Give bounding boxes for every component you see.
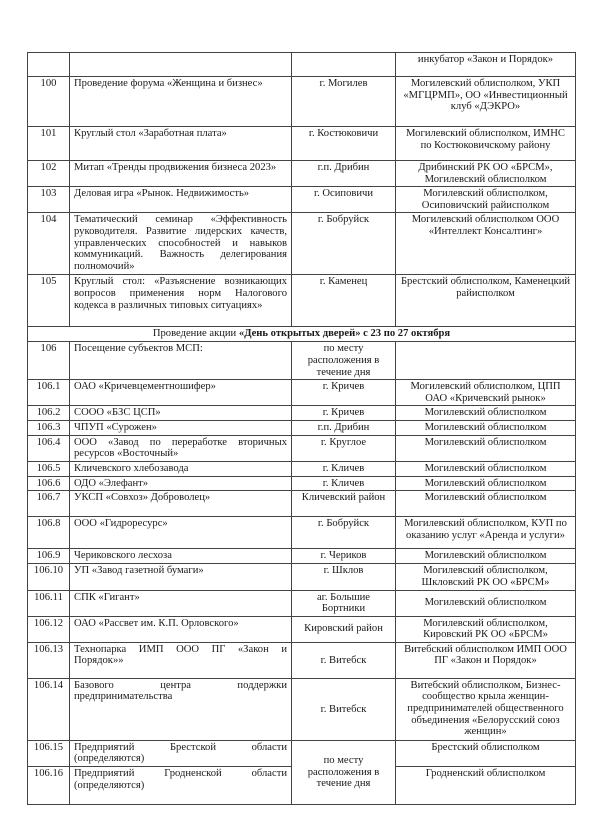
row-location: г. Витебск [292,678,396,740]
row-number: 103 [28,187,70,213]
row-location: г. Бобруйск [292,517,396,549]
row-location: г.п. Дрибин [292,420,396,435]
group-header-row: Проведение акции «День открытых дверей» … [28,327,576,342]
row-organizers: Могилевский облисполком ООО «Интеллект К… [396,213,576,275]
row-activity: УП «Завод газетной бумаги» [70,564,292,590]
document-page: инкубатор «Закон и Порядок» 100Проведени… [27,52,575,805]
table-row: 103Деловая игра «Рынок. Недвижимость»г. … [28,187,576,213]
table-row: 106.11СПК «Гигант»аг. Большие БортникиМо… [28,590,576,616]
table-row: 100Проведение форума «Женщина и бизнес»г… [28,77,576,127]
row-activity [70,53,292,77]
row-location: г. Кличев [292,461,396,476]
table-row: 106.8ООО «Гидроресурс»г. БобруйскМогилев… [28,517,576,549]
row-activity: Технопарка ИМП ООО ПГ «Закон и Порядок»» [70,642,292,678]
row-activity: Базового центра поддержки предпринимател… [70,678,292,740]
row-location: Кировский район [292,616,396,642]
row-activity: ООО «Гидроресурс» [70,517,292,549]
table-row: 106.7УКСП «Совхоз» Доброволец»Кличевский… [28,491,576,517]
row-organizers: Могилевский облисполком, УКП «МГЦРМП», О… [396,77,576,127]
row-organizers: Брестский облисполком [396,740,576,766]
row-activity: Проведение форума «Женщина и бизнес» [70,77,292,127]
table-row: 106Посещение субъектов МСП:по месту расп… [28,342,576,380]
row-location: г. Кличев [292,476,396,491]
table-row: 101Круглый стол «Заработная плата»г. Кос… [28,127,576,161]
row-organizers: Могилевский облисполком [396,461,576,476]
row-location: г. Шклов [292,564,396,590]
row-activity: ООО «Завод по переработке вторичных ресу… [70,435,292,461]
row-number: 106.1 [28,380,70,406]
row-activity: Кличевского хлебозавода [70,461,292,476]
row-organizers: Могилевский облисполком [396,549,576,564]
row-location: г. Кричев [292,406,396,421]
row-activity: Тематический семинар «Эффективность руко… [70,213,292,275]
row-number: 104 [28,213,70,275]
row-activity: ЧПУП «Сурожен» [70,420,292,435]
row-organizers: Могилевский облисполком, КУП по оказанию… [396,517,576,549]
row-number: 106.10 [28,564,70,590]
row-organizers: Могилевский облисполком, Осиповичский ра… [396,187,576,213]
row-location: г. Могилев [292,77,396,127]
row-activity: ОДО «Элефант» [70,476,292,491]
group-header: Проведение акции «День открытых дверей» … [28,327,576,342]
row-number: 106.7 [28,491,70,517]
row-organizers: Могилевский облисполком, Шкловский РК ОО… [396,564,576,590]
row-organizers: Гродненский облисполком [396,767,576,805]
table-row: 106.14Базового центра поддержки предприн… [28,678,576,740]
row-number: 106.13 [28,642,70,678]
row-activity: СООО «БЗС ЦСП» [70,406,292,421]
row-number: 106.12 [28,616,70,642]
row-location: г. Костюковичи [292,127,396,161]
row-location: г. Чериков [292,549,396,564]
row-location: г.п. Дрибин [292,161,396,187]
table-row: 106.4ООО «Завод по переработке вторичных… [28,435,576,461]
row-organizers: Могилевский облисполком [396,406,576,421]
table-row: 106.12ОАО «Рассвет им. К.П. Орловского»К… [28,616,576,642]
group-header-prefix: Проведение акции [153,328,239,339]
table-row: 106.15Предприятий Брестской области (опр… [28,740,576,766]
row-activity: Предприятий Гродненской области (определ… [70,767,292,805]
row-activity: СПК «Гигант» [70,590,292,616]
row-activity: Чериковского лесхоза [70,549,292,564]
row-number: 106.11 [28,590,70,616]
row-number: 106.9 [28,549,70,564]
row-activity: Предприятий Брестской области (определяю… [70,740,292,766]
row-number: 106.16 [28,767,70,805]
row-organizers: Могилевский облисполком [396,491,576,517]
row-organizers: Могилевский облисполком [396,476,576,491]
table-row: 106.10УП «Завод газетной бумаги»г. Шклов… [28,564,576,590]
row-activity: Митап «Тренды продвижения бизнеса 2023» [70,161,292,187]
row-location: г. Осиповичи [292,187,396,213]
row-number: 106.3 [28,420,70,435]
table-row: 106.3ЧПУП «Сурожен»г.п. ДрибинМогилевски… [28,420,576,435]
row-organizers: Могилевский облисполком [396,420,576,435]
row-organizers: Могилевский облисполком [396,435,576,461]
row-organizers: Брестский облисполком, Каменецкий райисп… [396,275,576,327]
row-number: 106.15 [28,740,70,766]
row-number: 106.14 [28,678,70,740]
row-location: г. Каменец [292,275,396,327]
row-activity: ОАО «Кричевцементношифер» [70,380,292,406]
row-number: 106.5 [28,461,70,476]
table-row: 105Круглый стол: «Разъяснение возникающи… [28,275,576,327]
row-location [292,53,396,77]
table-row: 106.6ОДО «Элефант»г. КличевМогилевский о… [28,476,576,491]
table-row: 102Митап «Тренды продвижения бизнеса 202… [28,161,576,187]
row-organizers [396,342,576,380]
row-location: г. Кричев [292,380,396,406]
table-row: 106.13Технопарка ИМП ООО ПГ «Закон и Пор… [28,642,576,678]
group-header-title: «День открытых дверей» с 23 по 27 октябр… [239,328,450,339]
row-organizers: Могилевский облисполком, ИМНС по Костюко… [396,127,576,161]
row-organizers: инкубатор «Закон и Порядок» [396,53,576,77]
row-activity: ОАО «Рассвет им. К.П. Орловского» [70,616,292,642]
table-row: 106.5Кличевского хлебозаводаг. КличевМог… [28,461,576,476]
events-table: инкубатор «Закон и Порядок» 100Проведени… [27,52,576,805]
row-activity: Круглый стол: «Разъяснение возникающих в… [70,275,292,327]
row-number: 102 [28,161,70,187]
table-row: 106.2СООО «БЗС ЦСП»г. КричевМогилевский … [28,406,576,421]
row-activity: Деловая игра «Рынок. Недвижимость» [70,187,292,213]
row-number: 106 [28,342,70,380]
row-location: аг. Большие Бортники [292,590,396,616]
row-location: г. Бобруйск [292,213,396,275]
row-organizers: Могилевский облисполком, Кировский РК ОО… [396,616,576,642]
row-number: 106.6 [28,476,70,491]
row-number: 106.4 [28,435,70,461]
row-activity: УКСП «Совхоз» Доброволец» [70,491,292,517]
row-organizers: Могилевский облисполком, ЦПП ОАО «Кричев… [396,380,576,406]
table-row: 104Тематический семинар «Эффективность р… [28,213,576,275]
table-row: инкубатор «Закон и Порядок» [28,53,576,77]
row-organizers: Дрибинский РК ОО «БРСМ», Могилевский обл… [396,161,576,187]
row-number: 106.2 [28,406,70,421]
row-organizers: Витебский облисполком, Бизнес-сообщество… [396,678,576,740]
row-location: г. Круглое [292,435,396,461]
row-location: г. Витебск [292,642,396,678]
row-location: Кличевский район [292,491,396,517]
row-location: по месту расположения в течение дня [292,342,396,380]
table-row: 106.1ОАО «Кричевцементношифер»г. КричевМ… [28,380,576,406]
row-number: 105 [28,275,70,327]
row-activity: Посещение субъектов МСП: [70,342,292,380]
row-number [28,53,70,77]
row-number: 106.8 [28,517,70,549]
table-row: 106.9Чериковского лесхозаг. ЧериковМогил… [28,549,576,564]
row-number: 100 [28,77,70,127]
row-activity: Круглый стол «Заработная плата» [70,127,292,161]
row-organizers: Витебский облисполком ИМП ООО ПГ «Закон … [396,642,576,678]
row-organizers: Могилевский облисполком [396,590,576,616]
row-number: 101 [28,127,70,161]
row-location: по месту расположения в течение дня [292,740,396,804]
